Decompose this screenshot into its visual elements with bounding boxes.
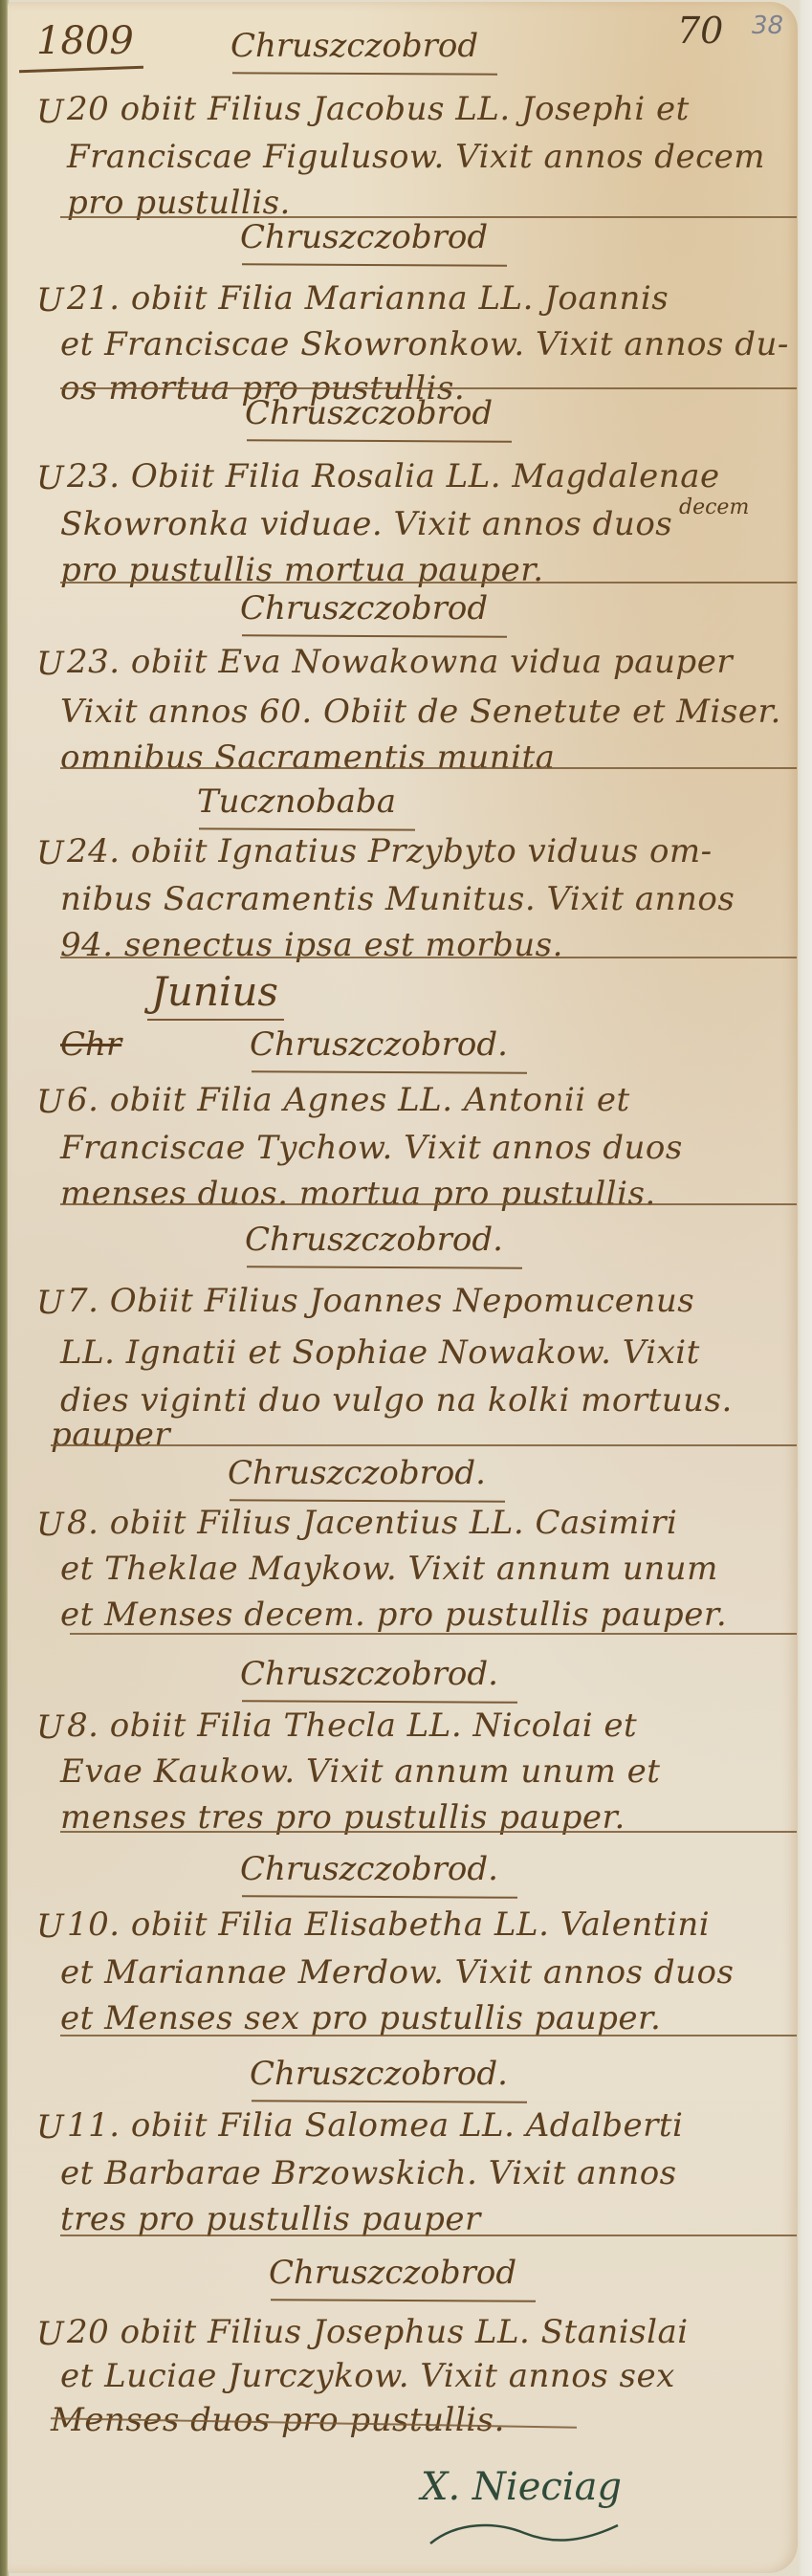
place-heading: Chruszczobrod. bbox=[232, 1655, 506, 1697]
divider-rule bbox=[51, 1444, 797, 1446]
divider-rule bbox=[60, 1831, 797, 1833]
margin-mark: U bbox=[36, 459, 64, 497]
entry-line: 7. Obiit Filius Joannes Nepomucenus bbox=[67, 1282, 694, 1320]
place-heading: Chruszczobrod. bbox=[242, 2055, 516, 2097]
entry-line: pauper bbox=[51, 1416, 170, 1454]
place-heading: Chruszczobrod. bbox=[220, 1454, 494, 1496]
entry-line: 20 obiit Filius Josephus LL. Stanislai bbox=[67, 2313, 689, 2351]
register-page: 1809 Chruszczobrod 70 38 U 20 obiit Fili… bbox=[8, 2, 798, 2573]
divider-rule bbox=[60, 2235, 797, 2236]
entry-line: Franciscae Figulusow. Vixit annos decem bbox=[67, 138, 765, 176]
entry-line: dies viginti duo vulgo na kolki mortuus. bbox=[60, 1381, 733, 1420]
entry-line: 94. senectus ipsa est morbus. bbox=[60, 926, 563, 964]
place-heading: Chruszczobrod bbox=[232, 589, 495, 631]
divider-rule bbox=[60, 2035, 797, 2037]
margin-mark: U bbox=[36, 1907, 64, 1946]
entry-line: Skowronka viduae. Vixit annos duos bbox=[60, 505, 672, 543]
margin-mark: U bbox=[36, 645, 64, 683]
divider-rule bbox=[60, 957, 797, 958]
margin-mark: U bbox=[36, 2315, 64, 2353]
entry-line: et Menses decem. pro pustullis pauper. bbox=[60, 1596, 727, 1634]
entry-line: et Barbarae Brzowskich. Vixit annos bbox=[60, 2154, 677, 2192]
divider-rule bbox=[70, 1633, 797, 1635]
margin-mark: U bbox=[36, 1708, 64, 1747]
margin-mark: U bbox=[36, 2108, 64, 2147]
entry-line: 8. obiit Filia Thecla LL. Nicolai et bbox=[67, 1706, 637, 1745]
place-heading: Chruszczobrod bbox=[237, 394, 500, 436]
margin-mark: U bbox=[36, 1083, 64, 1121]
year-heading: 1809 bbox=[36, 19, 134, 63]
priest-signature: X. Nieciag bbox=[421, 2465, 622, 2509]
place-heading: Chruszczobrod. bbox=[242, 1025, 516, 1068]
margin-mark: U bbox=[36, 1284, 64, 1322]
entry-line: 10. obiit Filia Elisabetha LL. Valentini bbox=[67, 1905, 710, 1944]
entry-line: 6. obiit Filia Agnes LL. Antonii et bbox=[67, 1081, 630, 1119]
place-heading: Chruszczobrod. bbox=[237, 1221, 511, 1263]
margin-mark: U bbox=[36, 281, 64, 319]
margin-mark: U bbox=[36, 834, 64, 872]
entry-line: 23. Obiit Filia Rosalia LL. Magdalenae bbox=[67, 457, 720, 495]
entry-line: 24. obiit Ignatius Przybyto viduus om- bbox=[67, 832, 713, 870]
entry-line: et Luciae Jurczykow. Vixit annos sex bbox=[60, 2357, 675, 2395]
place-heading: Chruszczobrod bbox=[232, 218, 495, 260]
entry-line: et Mariannae Merdow. Vixit annos duos bbox=[60, 1953, 734, 1992]
place-heading: Chruszczobrod bbox=[261, 2254, 524, 2296]
folio-number-pencil: 38 bbox=[752, 11, 783, 40]
divider-rule bbox=[60, 387, 797, 389]
divider-rule bbox=[60, 767, 797, 769]
folio-number-ink: 70 bbox=[677, 10, 723, 52]
entry-line: pro pustullis mortua pauper. bbox=[60, 551, 544, 589]
struck-text: Chr bbox=[60, 1025, 121, 1064]
entry-line: Vixit annos 60. Obiit de Senetute et Mis… bbox=[60, 693, 781, 731]
entry-line: 8. obiit Filius Jacentius LL. Casimiri bbox=[67, 1504, 677, 1542]
manuscript-scan: 1809 Chruszczobrod 70 38 U 20 obiit Fili… bbox=[0, 0, 812, 2576]
entry-line: et Theklae Maykow. Vixit annum unum bbox=[60, 1550, 718, 1588]
entry-line: LL. Ignatii et Sophiae Nowakow. Vixit bbox=[60, 1333, 700, 1372]
entry-line: menses duos. mortua pro pustullis. bbox=[60, 1175, 656, 1213]
interlinear-insertion: decem bbox=[679, 495, 749, 519]
entry-line: et Menses sex pro pustullis pauper. bbox=[60, 1999, 661, 2037]
place-heading: Tucznobaba bbox=[189, 782, 404, 825]
entry-line: nibus Sacramentis Munitus. Vixit annos bbox=[60, 880, 735, 918]
entry-line: et Franciscae Skowronkow. Vixit annos du… bbox=[60, 325, 789, 363]
place-heading: Chruszczobrod bbox=[223, 27, 486, 69]
entry-line: Evae Kaukow. Vixit annum unum et bbox=[60, 1752, 660, 1791]
divider-rule bbox=[60, 1203, 797, 1205]
month-heading: Junius bbox=[151, 968, 278, 1015]
margin-mark: U bbox=[36, 93, 64, 131]
signature-flourish-icon bbox=[428, 2520, 620, 2548]
entry-line: 11. obiit Filia Salomea LL. Adalberti bbox=[67, 2106, 683, 2145]
entry-line: omnibus Sacramentis munita bbox=[60, 738, 555, 777]
divider-rule bbox=[60, 582, 797, 583]
entry-line: 21. obiit Filia Marianna LL. Joannis bbox=[67, 279, 669, 318]
entry-line: 20 obiit Filius Jacobus LL. Josephi et bbox=[67, 90, 690, 128]
margin-mark: U bbox=[36, 1506, 64, 1544]
entry-line: tres pro pustullis pauper bbox=[60, 2200, 481, 2238]
place-heading: Chruszczobrod. bbox=[232, 1850, 506, 1892]
entry-line: Franciscae Tychow. Vixit annos duos bbox=[60, 1129, 683, 1167]
entry-line: 23. obiit Eva Nowakowna vidua pauper bbox=[67, 643, 733, 681]
